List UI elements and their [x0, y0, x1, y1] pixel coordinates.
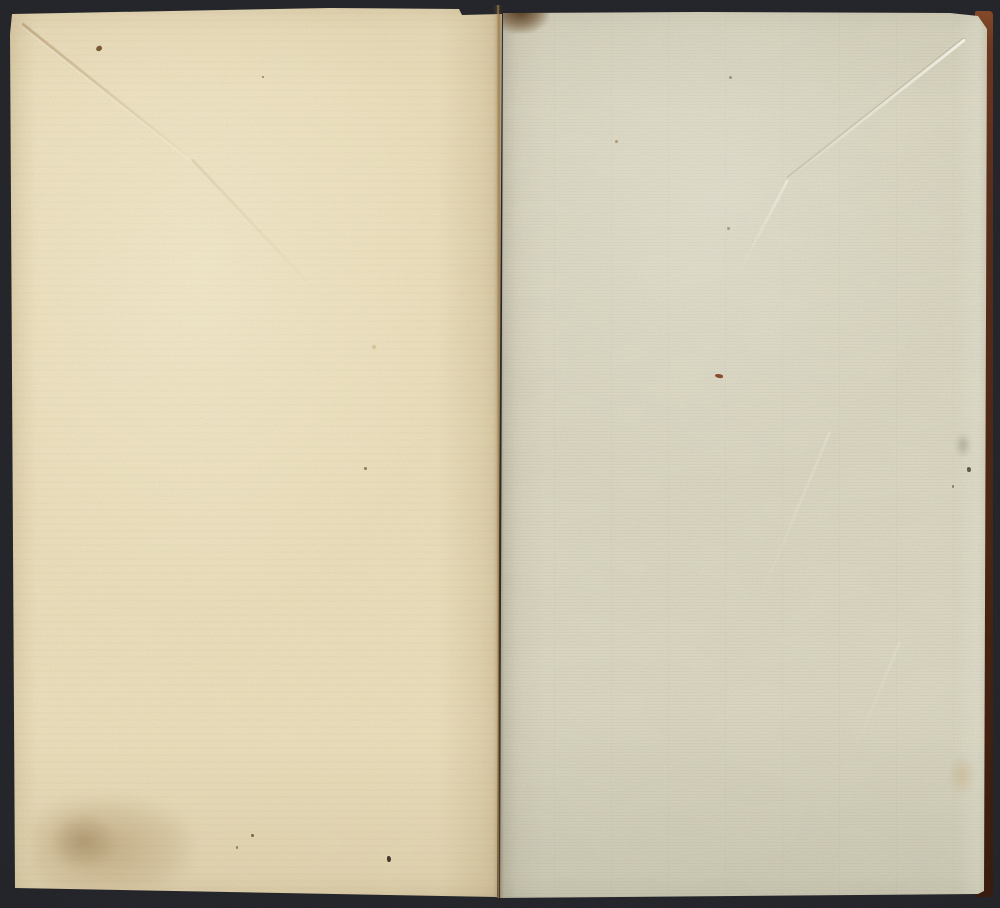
- right-page: [497, 5, 993, 902]
- right-page-mottle-layer: [497, 5, 993, 902]
- foxing-speck: [729, 76, 732, 79]
- foxing-speck: [364, 467, 367, 470]
- bottom-left-smudge-stain: [33, 797, 193, 889]
- right-page-grain-layer: [497, 5, 993, 902]
- book-spread-photograph: [0, 0, 1000, 908]
- ink-speck: [967, 467, 971, 472]
- left-page-crease-faint: [191, 158, 337, 312]
- foxing-speck: [262, 76, 264, 78]
- foxing-speck: [952, 485, 954, 488]
- foxing-speck: [727, 227, 730, 230]
- foxing-speck: [236, 846, 238, 849]
- foxing-speck: [372, 345, 376, 349]
- foxing-speck: [95, 45, 102, 52]
- left-page-crease: [21, 22, 193, 161]
- right-edge-tan-spot: [949, 757, 975, 795]
- bottom-left-smudge-core: [50, 813, 114, 869]
- right-page-crease-faint: [749, 431, 832, 622]
- left-page-mottle-layer: [8, 5, 508, 898]
- gutter-fold: [493, 5, 504, 898]
- left-page-paper-texture: [8, 5, 508, 898]
- right-page-crease-faint: [737, 179, 790, 275]
- right-page-paper-texture: [497, 5, 993, 902]
- right-edge-smudge: [955, 433, 971, 457]
- foxing-speck: [251, 834, 254, 837]
- foxing-speck: [615, 140, 618, 143]
- left-page-grain-layer: [8, 5, 508, 898]
- right-page-crease-faint: [849, 641, 902, 762]
- ink-speck: [387, 856, 391, 862]
- left-page: [8, 5, 508, 898]
- right-page-crease: [787, 38, 966, 180]
- red-fleck: [715, 373, 724, 379]
